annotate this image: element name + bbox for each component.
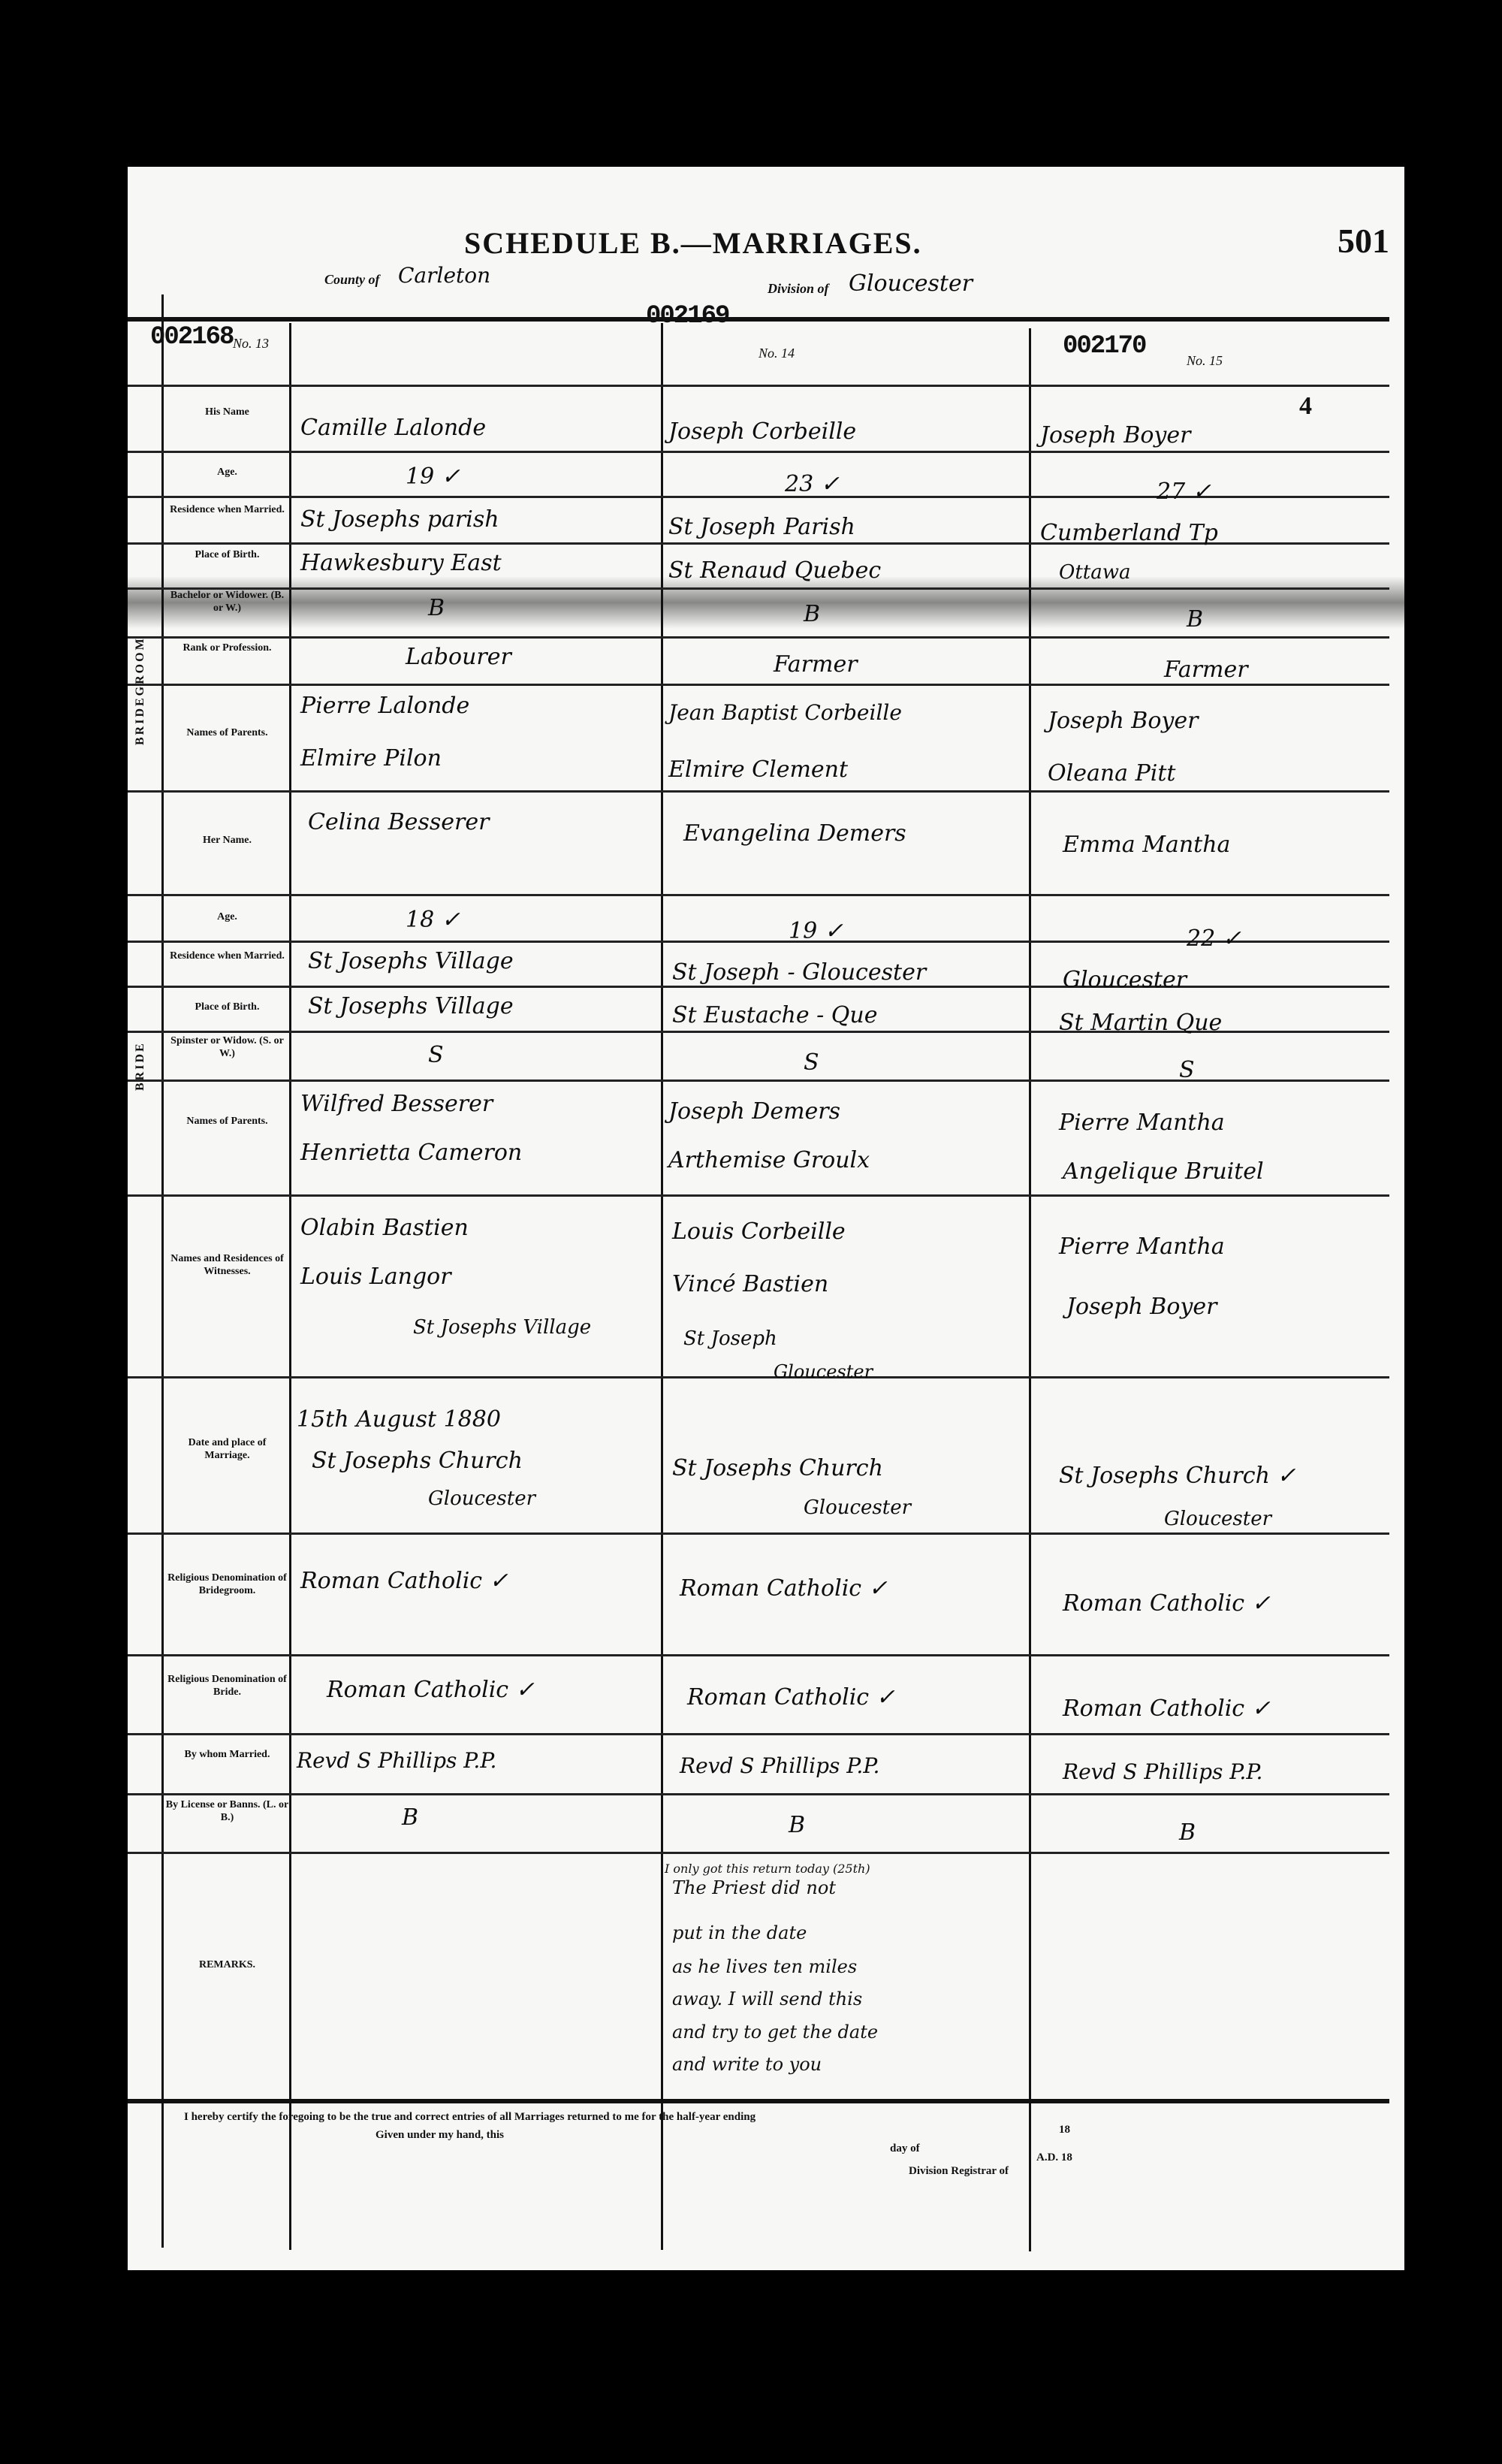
- county-value: Carleton: [398, 263, 490, 288]
- row-rule: [128, 1194, 1389, 1197]
- registration-number: 002168: [150, 323, 233, 352]
- witness-residence: St Josephs Village: [413, 1316, 591, 1339]
- label-witnesses: Names and Residences of Witnesses.: [165, 1252, 289, 1278]
- license-banns: B: [1179, 1819, 1196, 1846]
- label-denom-groom: Religious Denomination of Bridegroom.: [165, 1572, 289, 1597]
- label-bride-parents: Names of Parents.: [165, 1115, 289, 1128]
- bride-name: Emma Mantha: [1063, 832, 1230, 858]
- row-rule: [128, 684, 1389, 686]
- groom-birthplace: Ottawa: [1059, 561, 1130, 584]
- groom-birthplace: St Renaud Quebec: [668, 557, 881, 584]
- groom-birthplace: Hawkesbury East: [300, 550, 502, 576]
- certification-text: I hereby certify the foregoing to be the…: [184, 2111, 756, 2124]
- remark-line: put in the date: [672, 1917, 807, 1949]
- row-rule: [128, 587, 1389, 590]
- marriage-place-line-2: Gloucester: [428, 1487, 535, 1510]
- bride-birthplace: St Josephs Village: [308, 993, 514, 1019]
- label-his-name: His Name: [165, 406, 289, 418]
- bride-mother: Angelique Bruitel: [1063, 1158, 1264, 1185]
- remark-line: The Priest did not: [672, 1872, 836, 1904]
- row-rule: [128, 1733, 1389, 1735]
- groom-status: B: [1187, 606, 1203, 633]
- bride-name: Celina Besserer: [308, 809, 489, 835]
- label-rank-profession: Rank or Profession.: [165, 642, 289, 654]
- witness-1: Pierre Mantha: [1059, 1234, 1225, 1260]
- row-rule: [128, 1654, 1389, 1656]
- bride-status: S: [804, 1049, 819, 1076]
- bride-birthplace: St Eustache - Que: [672, 1002, 877, 1028]
- groom-status: B: [428, 595, 445, 621]
- officiant: Revd S Phillips P.P.: [297, 1748, 496, 1773]
- label-bride-residence: Residence when Married.: [165, 950, 289, 962]
- bride-mother: Arthemise Groulx: [668, 1147, 870, 1173]
- column-divider-1: [661, 323, 663, 2250]
- groom-residence: Cumberland Tp: [1040, 520, 1218, 546]
- bride-status: S: [428, 1042, 444, 1068]
- witness-2: Joseph Boyer: [1066, 1294, 1217, 1320]
- license-banns: B: [789, 1812, 805, 1838]
- page-number: 501: [1338, 221, 1389, 261]
- bride-birthplace: St Martin Que: [1059, 1010, 1222, 1036]
- denom-groom: Roman Catholic ✓: [300, 1568, 508, 1594]
- groom-father: Pierre Lalonde: [300, 693, 469, 719]
- witness-2: Louis Langor: [300, 1264, 451, 1290]
- row-rule: [128, 894, 1389, 896]
- groom-age: 27 ✓: [1157, 479, 1211, 505]
- column-divider-2: [1029, 328, 1031, 2251]
- bride-residence: St Joseph - Gloucester: [672, 959, 926, 986]
- label-license-banns: By License or Banns. (L. or B.): [165, 1798, 289, 1824]
- groom-residence: St Josephs parish: [300, 506, 499, 533]
- bride-age: 18 ✓: [406, 907, 460, 933]
- label-bride-place-of-birth: Place of Birth.: [165, 1001, 289, 1013]
- remark-line: as he lives ten miles: [672, 1951, 857, 1982]
- bride-father: Wilfred Besserer: [300, 1091, 493, 1117]
- groom-status: B: [804, 601, 820, 627]
- label-date-place: Date and place of Marriage.: [165, 1436, 289, 1462]
- label-denom-bride: Religious Denomination of Bride.: [165, 1673, 289, 1699]
- remark-line: and try to get the date: [672, 2016, 878, 2048]
- division-value: Gloucester: [849, 270, 973, 297]
- groom-mother: Oleana Pitt: [1048, 760, 1175, 787]
- remark-line: away. I will send this: [672, 1983, 862, 2015]
- bride-residence: St Josephs Village: [308, 948, 514, 974]
- entry-number: No. 14: [759, 346, 795, 361]
- groom-profession: Farmer: [774, 651, 858, 678]
- label-age: Age.: [165, 466, 289, 479]
- groom-age: 23 ✓: [785, 471, 840, 497]
- day-of: day of: [890, 2142, 920, 2155]
- registration-number: 002170: [1063, 332, 1145, 361]
- groom-age: 19 ✓: [406, 464, 460, 490]
- side-label-bride: BRIDE: [134, 941, 147, 1091]
- bride-name: Evangelina Demers: [683, 820, 906, 847]
- marriage-place: St Josephs Church: [312, 1448, 523, 1474]
- row-rule: [128, 451, 1389, 453]
- groom-profession: Farmer: [1164, 657, 1248, 683]
- denom-groom: Roman Catholic ✓: [680, 1575, 888, 1602]
- license-banns: B: [402, 1804, 418, 1831]
- row-rule: [128, 986, 1389, 988]
- denom-groom: Roman Catholic ✓: [1063, 1590, 1271, 1617]
- row-rule: [128, 1376, 1389, 1378]
- groom-father: Jean Baptist Corbeille: [668, 700, 902, 725]
- marriage-register-page: SCHEDULE B.—MARRIAGES. 501 County of Car…: [128, 167, 1404, 2270]
- bride-mother: Henrietta Cameron: [300, 1140, 522, 1166]
- ad-year: A.D. 18: [1036, 2151, 1072, 2164]
- denom-bride: Roman Catholic ✓: [327, 1677, 535, 1703]
- witness-2: Vincé Bastien: [672, 1271, 828, 1297]
- groom-profession: Labourer: [406, 644, 511, 670]
- groom-mother: Elmire Pilon: [300, 745, 442, 772]
- bride-status: S: [1179, 1057, 1195, 1083]
- margin-mark: 4: [1299, 392, 1312, 421]
- groom-father: Joseph Boyer: [1048, 708, 1198, 734]
- label-by-whom: By whom Married.: [165, 1748, 289, 1761]
- witness-residence: St Joseph: [683, 1327, 777, 1350]
- witness-residence-line-2: Gloucester: [774, 1361, 873, 1382]
- remarks-bottom-rule: [128, 2099, 1389, 2103]
- label-names-of-parents: Names of Parents.: [165, 726, 289, 739]
- bride-father: Pierre Mantha: [1059, 1110, 1225, 1136]
- county-label: County of: [324, 272, 380, 288]
- officiant: Revd S Phillips P.P.: [680, 1753, 879, 1778]
- label-residence: Residence when Married.: [165, 503, 289, 516]
- row-rule: [128, 1532, 1389, 1535]
- marriage-place: St Josephs Church ✓: [1059, 1463, 1296, 1489]
- scan-shadow: [128, 576, 1404, 629]
- denom-bride: Roman Catholic ✓: [687, 1684, 895, 1711]
- row-rule: [128, 1793, 1389, 1795]
- groom-name: Joseph Corbeille: [668, 418, 856, 445]
- remark-line: and write to you: [672, 2049, 822, 2080]
- column-divider-labels: [289, 323, 291, 2250]
- row-rule: [128, 636, 1389, 639]
- marriage-place: St Josephs Church: [672, 1455, 883, 1481]
- bride-father: Joseph Demers: [668, 1098, 840, 1125]
- division-registrar: Division Registrar of: [909, 2165, 1009, 2178]
- denom-bride: Roman Catholic ✓: [1063, 1696, 1271, 1722]
- marriage-place-line-2: Gloucester: [1164, 1508, 1271, 1530]
- label-her-name: Her Name.: [165, 834, 289, 847]
- row-rule: [128, 790, 1389, 793]
- page-title: SCHEDULE B.—MARRIAGES.: [464, 225, 922, 261]
- groom-mother: Elmire Clement: [668, 756, 848, 783]
- marriage-date: 15th August 1880: [297, 1406, 501, 1433]
- side-label-bridegroom: BRIDEGROOM: [134, 460, 147, 745]
- bride-residence: Gloucester: [1063, 967, 1187, 993]
- label-bride-age: Age.: [165, 910, 289, 923]
- header-rule: [128, 317, 1389, 322]
- officiant: Revd S Phillips P.P.: [1063, 1759, 1262, 1784]
- label-remarks: REMARKS.: [165, 1958, 289, 1971]
- groom-name: Joseph Boyer: [1040, 422, 1190, 448]
- registration-number: 002169: [646, 302, 728, 331]
- row-rule: [128, 385, 1389, 387]
- year-suffix: 18: [1059, 2124, 1070, 2136]
- label-place-of-birth: Place of Birth.: [165, 548, 289, 561]
- bride-age: 19 ✓: [789, 918, 843, 944]
- witness-1: Louis Corbeille: [672, 1218, 846, 1245]
- witness-1: Olabin Bastien: [300, 1215, 469, 1241]
- label-spinster-widow: Spinster or Widow. (S. or W.): [165, 1034, 289, 1060]
- bride-age: 22 ✓: [1187, 926, 1241, 952]
- label-bachelor-widower: Bachelor or Widower. (B. or W.): [165, 589, 289, 614]
- row-rule: [128, 1080, 1389, 1082]
- given-under-hand: Given under my hand, this: [375, 2129, 504, 2142]
- marriage-place-line-2: Gloucester: [804, 1496, 911, 1519]
- groom-name: Camille Lalonde: [300, 415, 486, 441]
- entry-number: No. 15: [1187, 353, 1223, 369]
- entry-number: No. 13: [233, 336, 269, 352]
- division-label: Division of: [768, 281, 829, 297]
- groom-residence: St Joseph Parish: [668, 514, 855, 540]
